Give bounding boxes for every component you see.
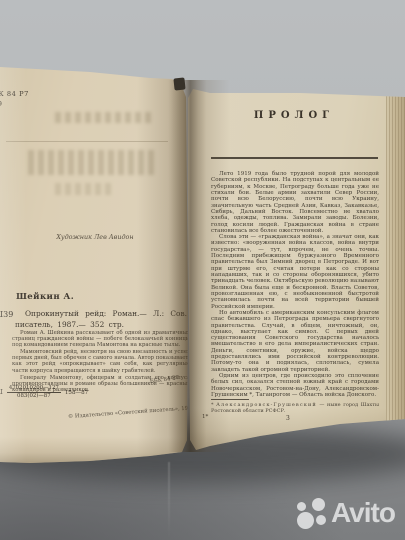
- annotation-paragraph: Генералу Мамонтову, офицерам и солдатам …: [12, 375, 190, 393]
- catalog-number: Ш 4702010200—127 083(02)—87 158—87: [0, 385, 88, 400]
- author-name: Шейкин А.: [16, 292, 74, 302]
- avito-logo-icon: [297, 502, 306, 511]
- body-paragraph: Лето 1919 года было трудной порой для мо…: [211, 171, 379, 234]
- show-through-title: [28, 150, 156, 175]
- avito-logo-icon: [312, 498, 325, 511]
- annotation-block: Роман А. Шейкина рассказывает об одной и…: [12, 330, 190, 394]
- body-text: Лето 1919 года было трудной порой для мо…: [211, 171, 379, 398]
- title-rule: [211, 157, 378, 159]
- catalog-numerator: 4702010200—127: [7, 385, 61, 393]
- book-gutter-shadow: [168, 80, 230, 452]
- chapter-title: ПРОЛОГ: [210, 110, 378, 121]
- catalog-denominator: 083(02)—87: [17, 393, 51, 399]
- annotation-paragraph: Роман А. Шейкина рассказывает об одной и…: [12, 330, 190, 348]
- bbk-top-line1: БК 84 Р7: [0, 90, 29, 100]
- catalog-letter: Ш: [0, 389, 3, 396]
- body-paragraph: Но автомобиль с американским консульским…: [211, 310, 379, 373]
- avito-logo-icon: [316, 515, 326, 525]
- body-paragraph: Одним из центров, где происходило это сп…: [211, 373, 379, 398]
- spine-notch: [173, 77, 185, 90]
- bibliographic-entry: Опрокинутый рейд: Роман.— Л.: Сов. писат…: [15, 309, 187, 330]
- show-through-text: [55, 112, 151, 123]
- book-photo: БК 84 Р7 39 Художник Лев Авидон Шейкин А…: [0, 0, 405, 540]
- page-fore-edge: [386, 95, 405, 422]
- avito-watermark: Avito: [288, 494, 404, 538]
- catalog-fraction: 4702010200—127 083(02)—87: [7, 385, 61, 400]
- avito-wordmark: Avito: [331, 497, 395, 529]
- body-paragraph: Слова эти — «гражданская война», а знача…: [211, 234, 379, 310]
- bbk-classification-top: БК 84 Р7 39: [0, 90, 29, 109]
- page-number: 3: [286, 415, 290, 422]
- catalog-suffix: 158—87: [65, 390, 88, 396]
- bbk-top-line2: 39: [0, 100, 29, 110]
- footnote: * Александровск-Грушевский — ныне город …: [211, 402, 379, 414]
- biblio-code: Ш39: [0, 310, 13, 319]
- avito-logo-icon: [297, 512, 314, 529]
- show-through-rule: [6, 141, 168, 142]
- surface-crease: [168, 462, 170, 540]
- show-through-text: [55, 183, 111, 195]
- artist-credit: Художник Лев Авидон: [20, 233, 170, 241]
- annotation-paragraph: Мамонтовский рейд, несмотря на свою внез…: [12, 349, 190, 373]
